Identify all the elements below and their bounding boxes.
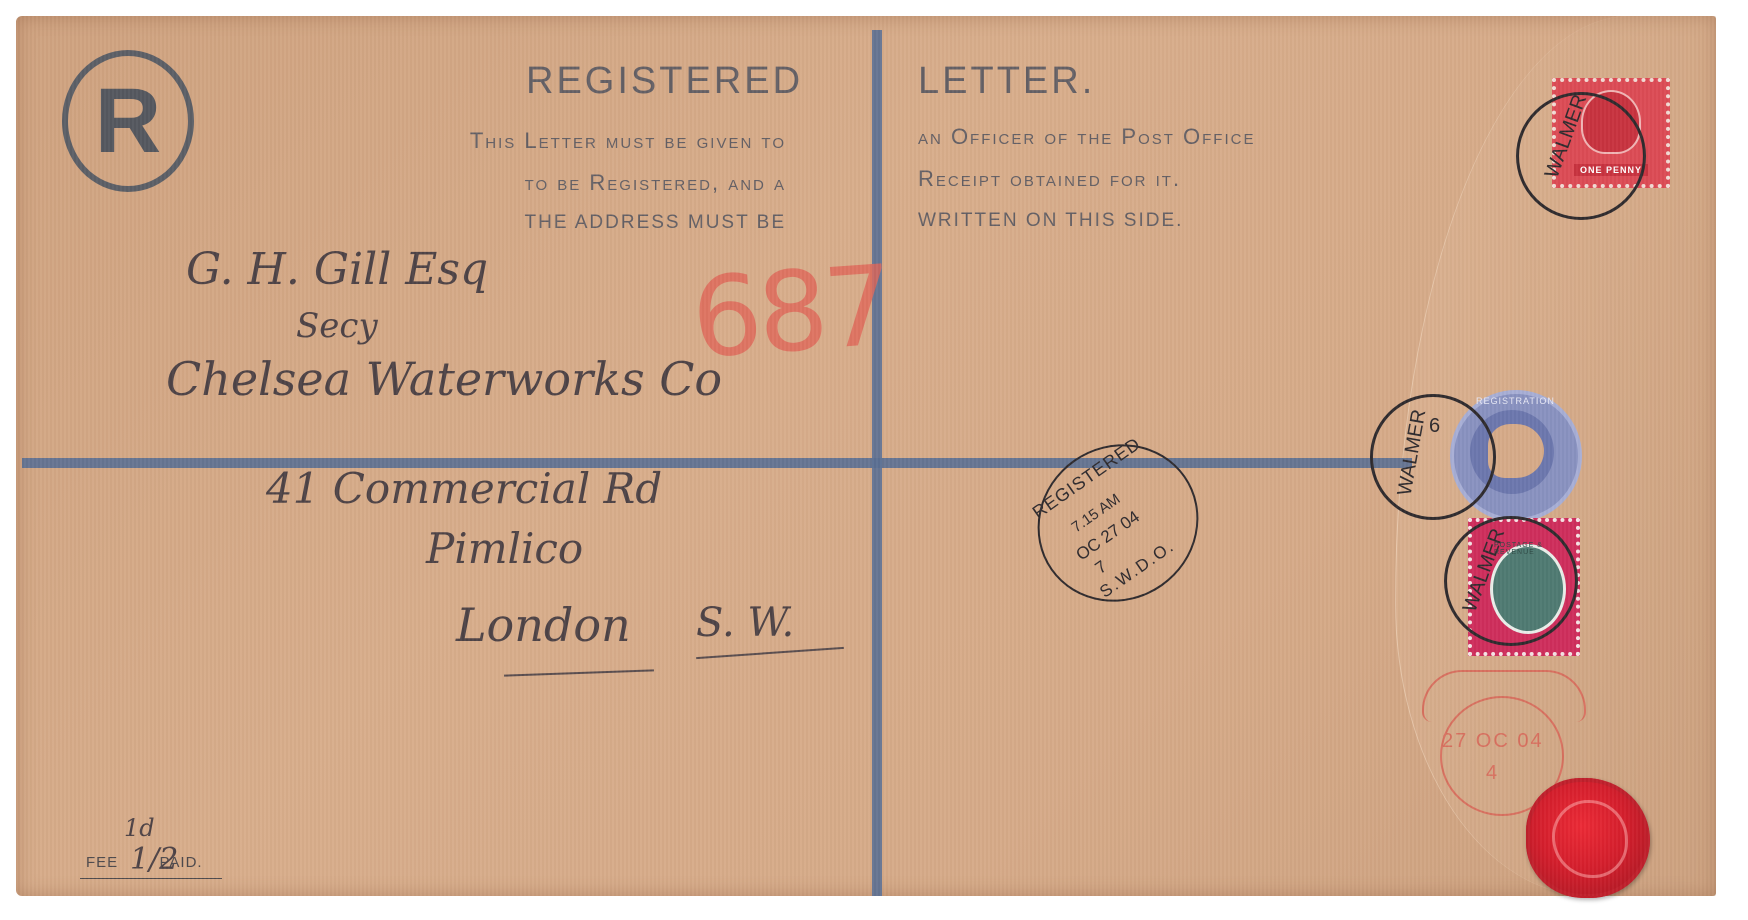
address-street: 41 Commercial Rd — [266, 464, 662, 513]
arrival-date: 27 OC 04 — [1442, 730, 1544, 753]
city-underline — [504, 669, 654, 676]
address-name: G. H. Gill Esq — [186, 244, 488, 295]
r-letter: R — [95, 69, 161, 174]
fee-handwritten: 1d — [124, 814, 155, 842]
red-crayon-number: 687 — [688, 241, 894, 382]
walmer-postmark-3: WALMER — [1444, 516, 1578, 646]
instruction-left-1: This Letter must be given to — [470, 128, 786, 154]
registered-oval-postmark: REGISTERED 7.15 AM OC 27 04 7 S.W.D.O. — [1007, 413, 1230, 633]
postmark-number: 7 — [1092, 557, 1111, 579]
title-letter: LETTER. — [918, 60, 1095, 103]
queen-head-icon — [1488, 424, 1544, 478]
walmer-postmark-2: WALMER 6 — [1370, 394, 1496, 520]
instruction-right-2: Receipt obtained for it. — [918, 166, 1181, 192]
registered-r-mark: R — [62, 50, 194, 192]
postmark-town: WALMER — [1541, 92, 1592, 182]
address-title: Secy — [296, 306, 378, 346]
fee-value: 1/2 — [130, 842, 178, 877]
postmark-town: WALMER — [1459, 526, 1510, 616]
postmark-code: 6 — [1429, 415, 1440, 438]
fee-underline — [80, 878, 222, 879]
address-postal-district: S. W. — [696, 600, 794, 646]
red-wax-seal — [1526, 778, 1650, 898]
registered-envelope: R REGISTERED LETTER. This Letter must be… — [16, 16, 1716, 896]
fee-label: FEE — [86, 854, 118, 871]
postmark-town: WALMER — [1394, 408, 1432, 498]
horizontal-blue-line — [22, 458, 1412, 468]
arrival-number: 4 — [1486, 762, 1497, 785]
address-district: Pimlico — [426, 524, 583, 573]
address-company: Chelsea Waterworks Co — [166, 352, 722, 406]
seal-impression — [1552, 800, 1628, 878]
instruction-right-1: an Officer of the Post Office — [918, 124, 1255, 150]
instruction-right-3: WRITTEN ON THIS SIDE. — [918, 210, 1183, 232]
instruction-left-3: THE ADDRESS MUST BE — [525, 212, 786, 234]
address-city: London — [456, 598, 631, 652]
instruction-left-2: to be Registered, and a — [525, 170, 786, 196]
title-registered: REGISTERED — [526, 60, 803, 103]
embossed-label: REGISTRATION — [1476, 396, 1555, 406]
district-underline — [696, 647, 844, 659]
walmer-postmark-1: WALMER — [1516, 92, 1646, 220]
